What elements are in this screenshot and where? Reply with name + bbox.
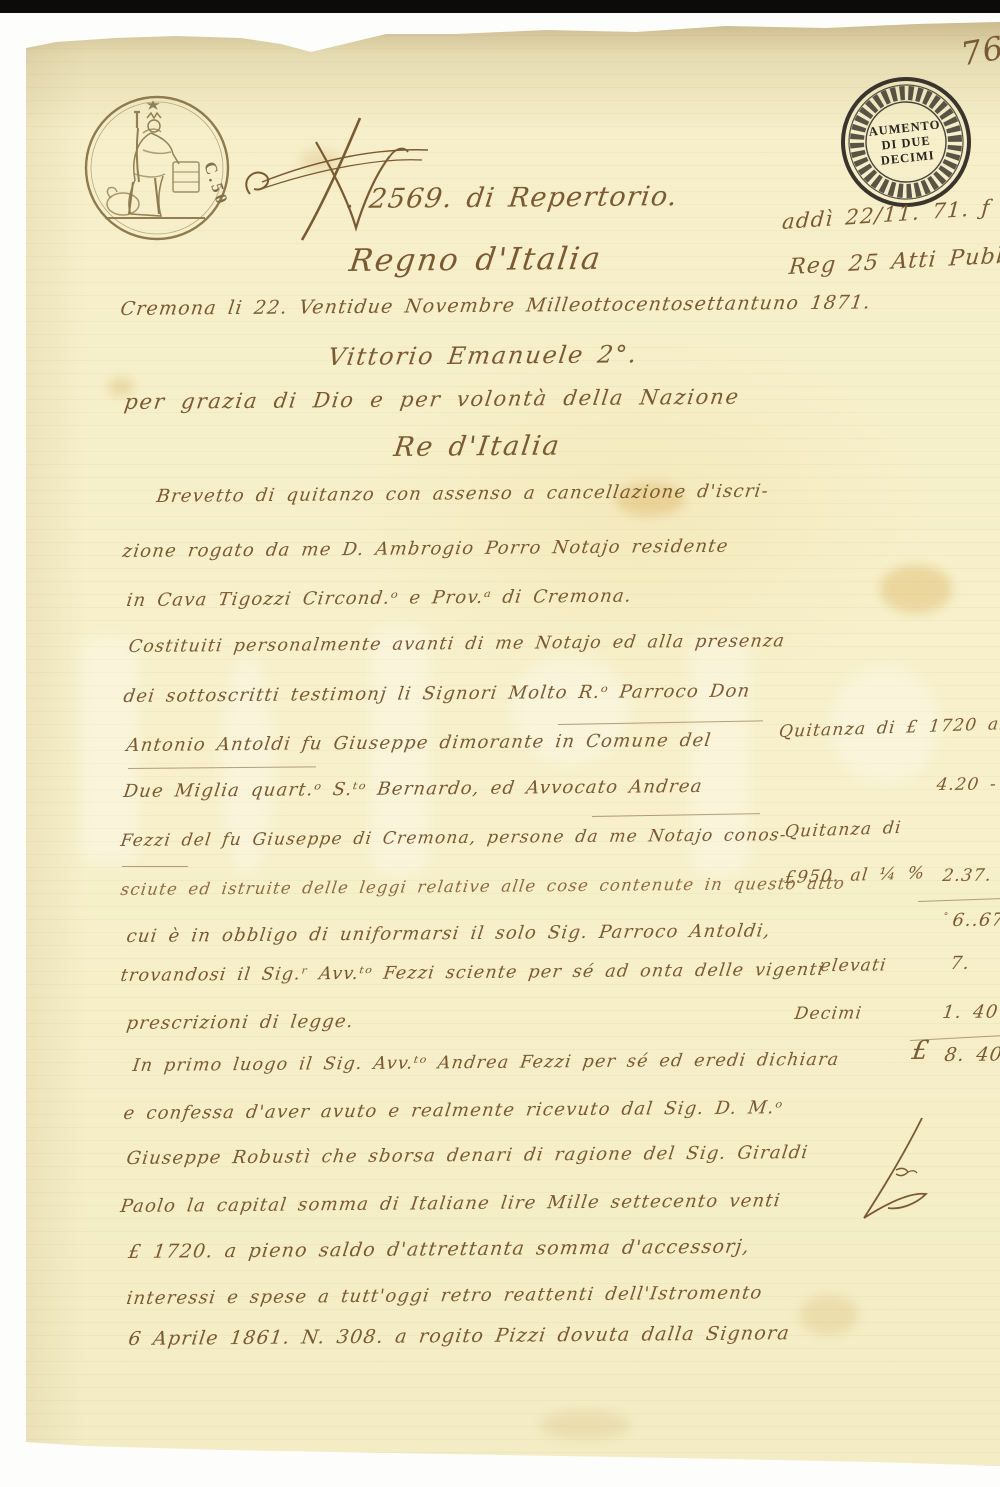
margin-amount-2: 2.37. (941, 866, 993, 886)
margin-amount-3: 6..67 (951, 910, 1000, 931)
margin-decimi-label: Decimi (793, 1003, 863, 1024)
underline-fezzi (122, 866, 188, 867)
aumento-due-decimi-stamp: AUMENTO DI DUE DECIMI (831, 67, 981, 217)
king-of-italy-line: Re d'Italia (392, 431, 563, 463)
margin-note-quitanza2: Quitanza di (784, 818, 903, 842)
margin-decimi-value: 1. 40 (941, 1002, 1000, 1023)
margin-total-currency: £ (910, 1036, 932, 1066)
body-line: in Cava Tigozzi Circond.ᵒ e Prov.ᵃ di Cr… (125, 586, 633, 611)
body-line: prescrizioni di legge. (125, 1011, 355, 1034)
document-scan: C.50 . 2569. di Repertorio. Regno d'Ital… (0, 0, 1000, 1487)
margin-total-value: 8. 40 (943, 1043, 1000, 1066)
signature-paraph (852, 1112, 962, 1242)
margin-elevati-label: elevati (819, 955, 888, 976)
kingdom-title: Regno d'Italia (347, 241, 604, 279)
repertory-number: . 2569. di Repertorio. (344, 181, 680, 215)
margin-amount-1: 4.20 - (935, 774, 998, 795)
revenue-stamp-c50: C.50 (77, 88, 237, 248)
sovereign-line: Vittorio Emanuele 2°. (326, 340, 640, 371)
margin-elevati-value: 7. (949, 953, 971, 974)
scan-top-edge (0, 0, 1000, 13)
